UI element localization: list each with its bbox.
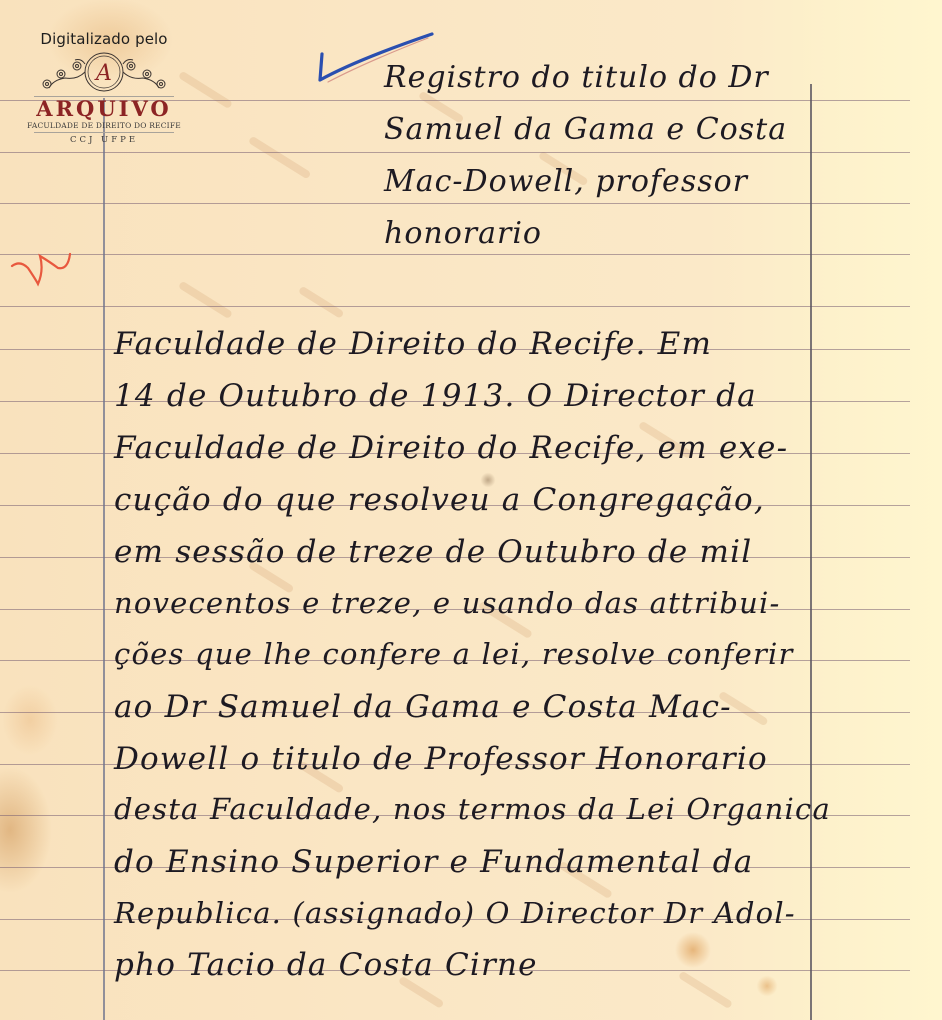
- left-margin-line: [103, 98, 105, 1020]
- entry-body-line: pho Tacio da Costa Cirne: [114, 947, 538, 983]
- entry-body-line: em sessão de treze de Outubro de mil: [114, 534, 752, 570]
- bleed-through-stroke: [298, 286, 345, 319]
- entry-title-line: Registro do titulo do Dr: [384, 60, 769, 95]
- scanned-ledger-page: Digitalizado pelo A ARQUIVO FACULDADE DE…: [0, 0, 942, 1020]
- scroll-ornament-icon: A: [39, 50, 169, 96]
- right-margin-line: [810, 84, 812, 1020]
- bleed-through-stroke: [678, 971, 733, 1010]
- entry-body-line: novecentos e treze, e usando das attribu…: [114, 586, 780, 620]
- watermark-title: ARQUIVO: [24, 98, 184, 120]
- entry-body-line: Dowell o titulo de Professor Honorario: [114, 741, 768, 777]
- ruled-line: [0, 152, 910, 153]
- entry-body-line: Faculdade de Direito do Recife. Em: [114, 326, 712, 362]
- entry-body-line: Republica. (assignado) O Director Dr Ado…: [114, 896, 796, 930]
- entry-title-line: Samuel da Gama e Costa: [384, 112, 787, 147]
- margin-number-mark: [10, 252, 72, 292]
- ruled-line: [0, 203, 910, 204]
- entry-body-line: 14 de Outubro de 1913. O Director da: [114, 378, 757, 414]
- entry-body-line: desta Faculdade, nos termos da Lei Organ…: [114, 792, 831, 826]
- bleed-through-stroke: [248, 136, 312, 180]
- watermark-header: Digitalizado pelo: [24, 30, 184, 48]
- archive-watermark: Digitalizado pelo A ARQUIVO FACULDADE DE…: [24, 30, 184, 145]
- bleed-through-stroke: [178, 71, 233, 110]
- watermark-divider: [34, 132, 174, 133]
- ruled-line: [0, 306, 910, 307]
- entry-body-line: ções que lhe confere a lei, resolve conf…: [114, 637, 794, 671]
- entry-body-line: Faculdade de Direito do Recife, em exe-: [114, 430, 788, 466]
- monogram-a: A: [94, 61, 112, 86]
- watermark-org: CCJ UFPE: [24, 135, 184, 145]
- bleed-through-stroke: [178, 281, 233, 320]
- ruled-line: [0, 254, 910, 255]
- entry-body-line: cução do que resolveu a Congregação,: [114, 482, 765, 518]
- entry-title-line: honorario: [384, 216, 542, 251]
- entry-title-line: Mac-Dowell, professor: [384, 164, 748, 199]
- entry-body-line: ao Dr Samuel da Gama e Costa Mac-: [114, 689, 732, 725]
- watermark-subtitle: FACULDADE DE DIREITO DO RECIFE: [24, 120, 184, 132]
- entry-body-line: do Ensino Superior e Fundamental da: [114, 844, 753, 880]
